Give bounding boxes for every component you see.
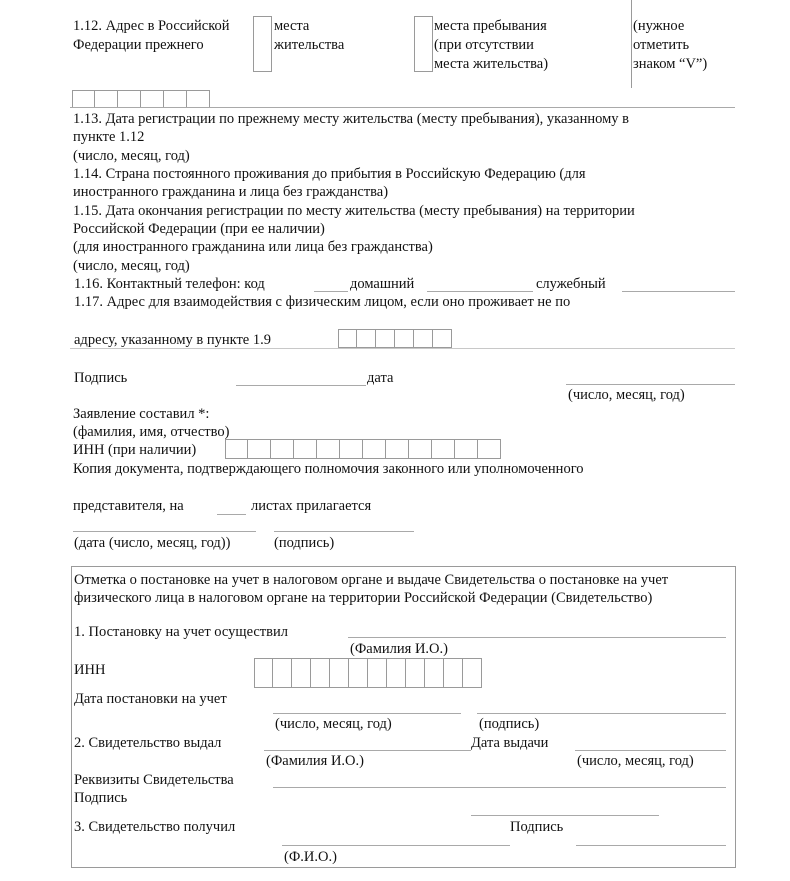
option-stay-label-3: места жительства) <box>434 55 548 73</box>
cell[interactable] <box>187 90 210 108</box>
cell[interactable] <box>409 439 432 459</box>
copy-text-2b: листах прилагается <box>251 497 371 515</box>
date-label: дата <box>367 369 393 387</box>
issue-date-hint: (число, месяц, год) <box>577 752 694 770</box>
receiver-sign-line[interactable] <box>471 815 659 816</box>
cell[interactable] <box>414 329 433 348</box>
compiler-date-hint: (дата (число, месяц, год)) <box>74 534 230 552</box>
option-stay-label: места пребывания <box>434 17 547 35</box>
cell[interactable] <box>432 439 455 459</box>
receiver-name-hint: (Ф.И.О.) <box>284 848 337 866</box>
cell[interactable] <box>425 658 444 688</box>
compiler-inn-label: ИНН (при наличии) <box>73 441 196 459</box>
prev-address-label-2: Федерации прежнего <box>73 36 204 54</box>
reg-date-field[interactable] <box>273 713 461 714</box>
phone-work-field[interactable] <box>622 291 735 292</box>
date-hint: (число, месяц, год) <box>568 386 685 404</box>
copy-text-2a: представителя, на <box>73 497 184 515</box>
cell[interactable] <box>387 658 406 688</box>
s117-text: 1.17. Адрес для взаимодействия с физичес… <box>74 293 570 311</box>
s115-text-3: (для иностранного гражданина или лица бе… <box>73 238 433 256</box>
s114-text-2: иностранного гражданина и лица без гражд… <box>73 183 388 201</box>
cell[interactable] <box>376 329 395 348</box>
phone-code-field[interactable] <box>314 291 348 292</box>
compiler-inn-cells[interactable] <box>225 439 501 459</box>
cell[interactable] <box>340 439 363 459</box>
cell[interactable] <box>95 90 118 108</box>
cell[interactable] <box>273 658 292 688</box>
cell[interactable] <box>463 658 482 688</box>
cell[interactable] <box>141 90 164 108</box>
cell[interactable] <box>363 439 386 459</box>
phone-home-label: домашний <box>350 275 414 293</box>
option-residence-label: места <box>274 17 309 35</box>
s113-text-2: пункте 1.12 <box>73 128 144 146</box>
cell[interactable] <box>164 90 187 108</box>
officer-name-hint: (Фамилия И.О.) <box>350 640 448 658</box>
office-item1-label: 1. Постановку на учет осуществил <box>74 623 288 641</box>
cell[interactable] <box>386 439 409 459</box>
cell[interactable] <box>271 439 294 459</box>
compiler-name-hint: (фамилия, имя, отчество) <box>73 423 229 441</box>
divider <box>631 0 632 88</box>
checkbox-stay[interactable] <box>414 16 433 72</box>
office-title-2: физического лица в налоговом органе на т… <box>74 589 652 607</box>
cell[interactable] <box>349 658 368 688</box>
s114-text: 1.14. Страна постоянного проживания до п… <box>73 165 586 183</box>
mark-note-3: знаком “V”) <box>633 55 707 73</box>
mark-note: (нужное <box>633 17 684 35</box>
phone-home-field[interactable] <box>427 291 533 292</box>
officer-name-field[interactable] <box>348 637 726 638</box>
cell[interactable] <box>248 439 271 459</box>
cell[interactable] <box>225 439 248 459</box>
prev-reg-date-cells[interactable] <box>72 90 210 108</box>
cell[interactable] <box>294 439 317 459</box>
issuer-name-hint: (Фамилия И.О.) <box>266 752 364 770</box>
cell[interactable] <box>357 329 376 348</box>
cell[interactable] <box>292 658 311 688</box>
office-item3-label: 3. Свидетельство получил <box>74 818 235 836</box>
prev-address-label: 1.12. Адрес в Российской <box>73 17 230 35</box>
cell[interactable] <box>455 439 478 459</box>
date-field[interactable] <box>566 384 735 385</box>
signature-field[interactable] <box>236 385 366 386</box>
reg-date-label: Дата постановки на учет <box>74 690 227 708</box>
cell[interactable] <box>317 439 340 459</box>
compiler-sign-field[interactable] <box>274 531 414 532</box>
cell[interactable] <box>433 329 452 348</box>
s117-text-2: адресу, указанному в пункте 1.9 <box>74 331 271 349</box>
option-stay-label-2: (при отсутствии <box>434 36 534 54</box>
compiler-sign-hint: (подпись) <box>274 534 334 552</box>
cell[interactable] <box>338 329 357 348</box>
cell[interactable] <box>254 658 273 688</box>
s113-hint: (число, месяц, год) <box>73 147 190 165</box>
phone-label: 1.16. Контактный телефон: код <box>74 275 265 293</box>
compiler-label: Заявление составил *: <box>73 405 209 423</box>
office-item2-label: 2. Свидетельство выдал <box>74 734 221 752</box>
cell[interactable] <box>311 658 330 688</box>
issuer-name-field[interactable] <box>264 750 471 751</box>
office-signature-label: Подпись <box>74 789 127 807</box>
cell[interactable] <box>406 658 425 688</box>
cell[interactable] <box>395 329 414 348</box>
reg-sign-field[interactable] <box>477 713 726 714</box>
option-residence-label-2: жительства <box>274 36 344 54</box>
sheets-count-field[interactable] <box>217 514 246 515</box>
office-inn-label: ИНН <box>74 661 105 679</box>
requisites-label: Реквизиты Свидетельства <box>74 771 234 789</box>
receiver-name-field[interactable] <box>282 845 510 846</box>
cell[interactable] <box>368 658 387 688</box>
office-inn-cells[interactable] <box>254 658 482 688</box>
receiver-signature-label: Подпись <box>510 818 563 836</box>
reg-date-hint: (число, месяц, год) <box>275 715 392 733</box>
address-cells[interactable] <box>338 329 452 348</box>
issue-date-field[interactable] <box>575 750 726 751</box>
copy-text: Копия документа, подтверждающего полномо… <box>73 460 584 478</box>
underline <box>70 348 735 349</box>
s115-text-2: Российской Федерации (при ее наличии) <box>73 220 325 238</box>
s115-hint: (число, месяц, год) <box>73 257 190 275</box>
underline <box>70 107 735 108</box>
s113-text: 1.13. Дата регистрации по прежнему месту… <box>73 110 629 128</box>
signature-label: Подпись <box>74 369 127 387</box>
compiler-date-field[interactable] <box>73 531 256 532</box>
receiver-sign-field[interactable] <box>576 845 726 846</box>
s115-text: 1.15. Дата окончания регистрации по мест… <box>73 202 635 220</box>
mark-note-2: отметить <box>633 36 689 54</box>
cell[interactable] <box>118 90 141 108</box>
cell[interactable] <box>330 658 349 688</box>
office-title: Отметка о постановке на учет в налоговом… <box>74 571 668 589</box>
requisites-field[interactable] <box>273 787 726 788</box>
issue-date-label: Дата выдачи <box>471 734 548 752</box>
cell[interactable] <box>478 439 501 459</box>
checkbox-residence[interactable] <box>253 16 272 72</box>
phone-work-label: служебный <box>536 275 606 293</box>
reg-sign-hint: (подпись) <box>479 715 539 733</box>
cell[interactable] <box>444 658 463 688</box>
cell[interactable] <box>72 90 95 108</box>
